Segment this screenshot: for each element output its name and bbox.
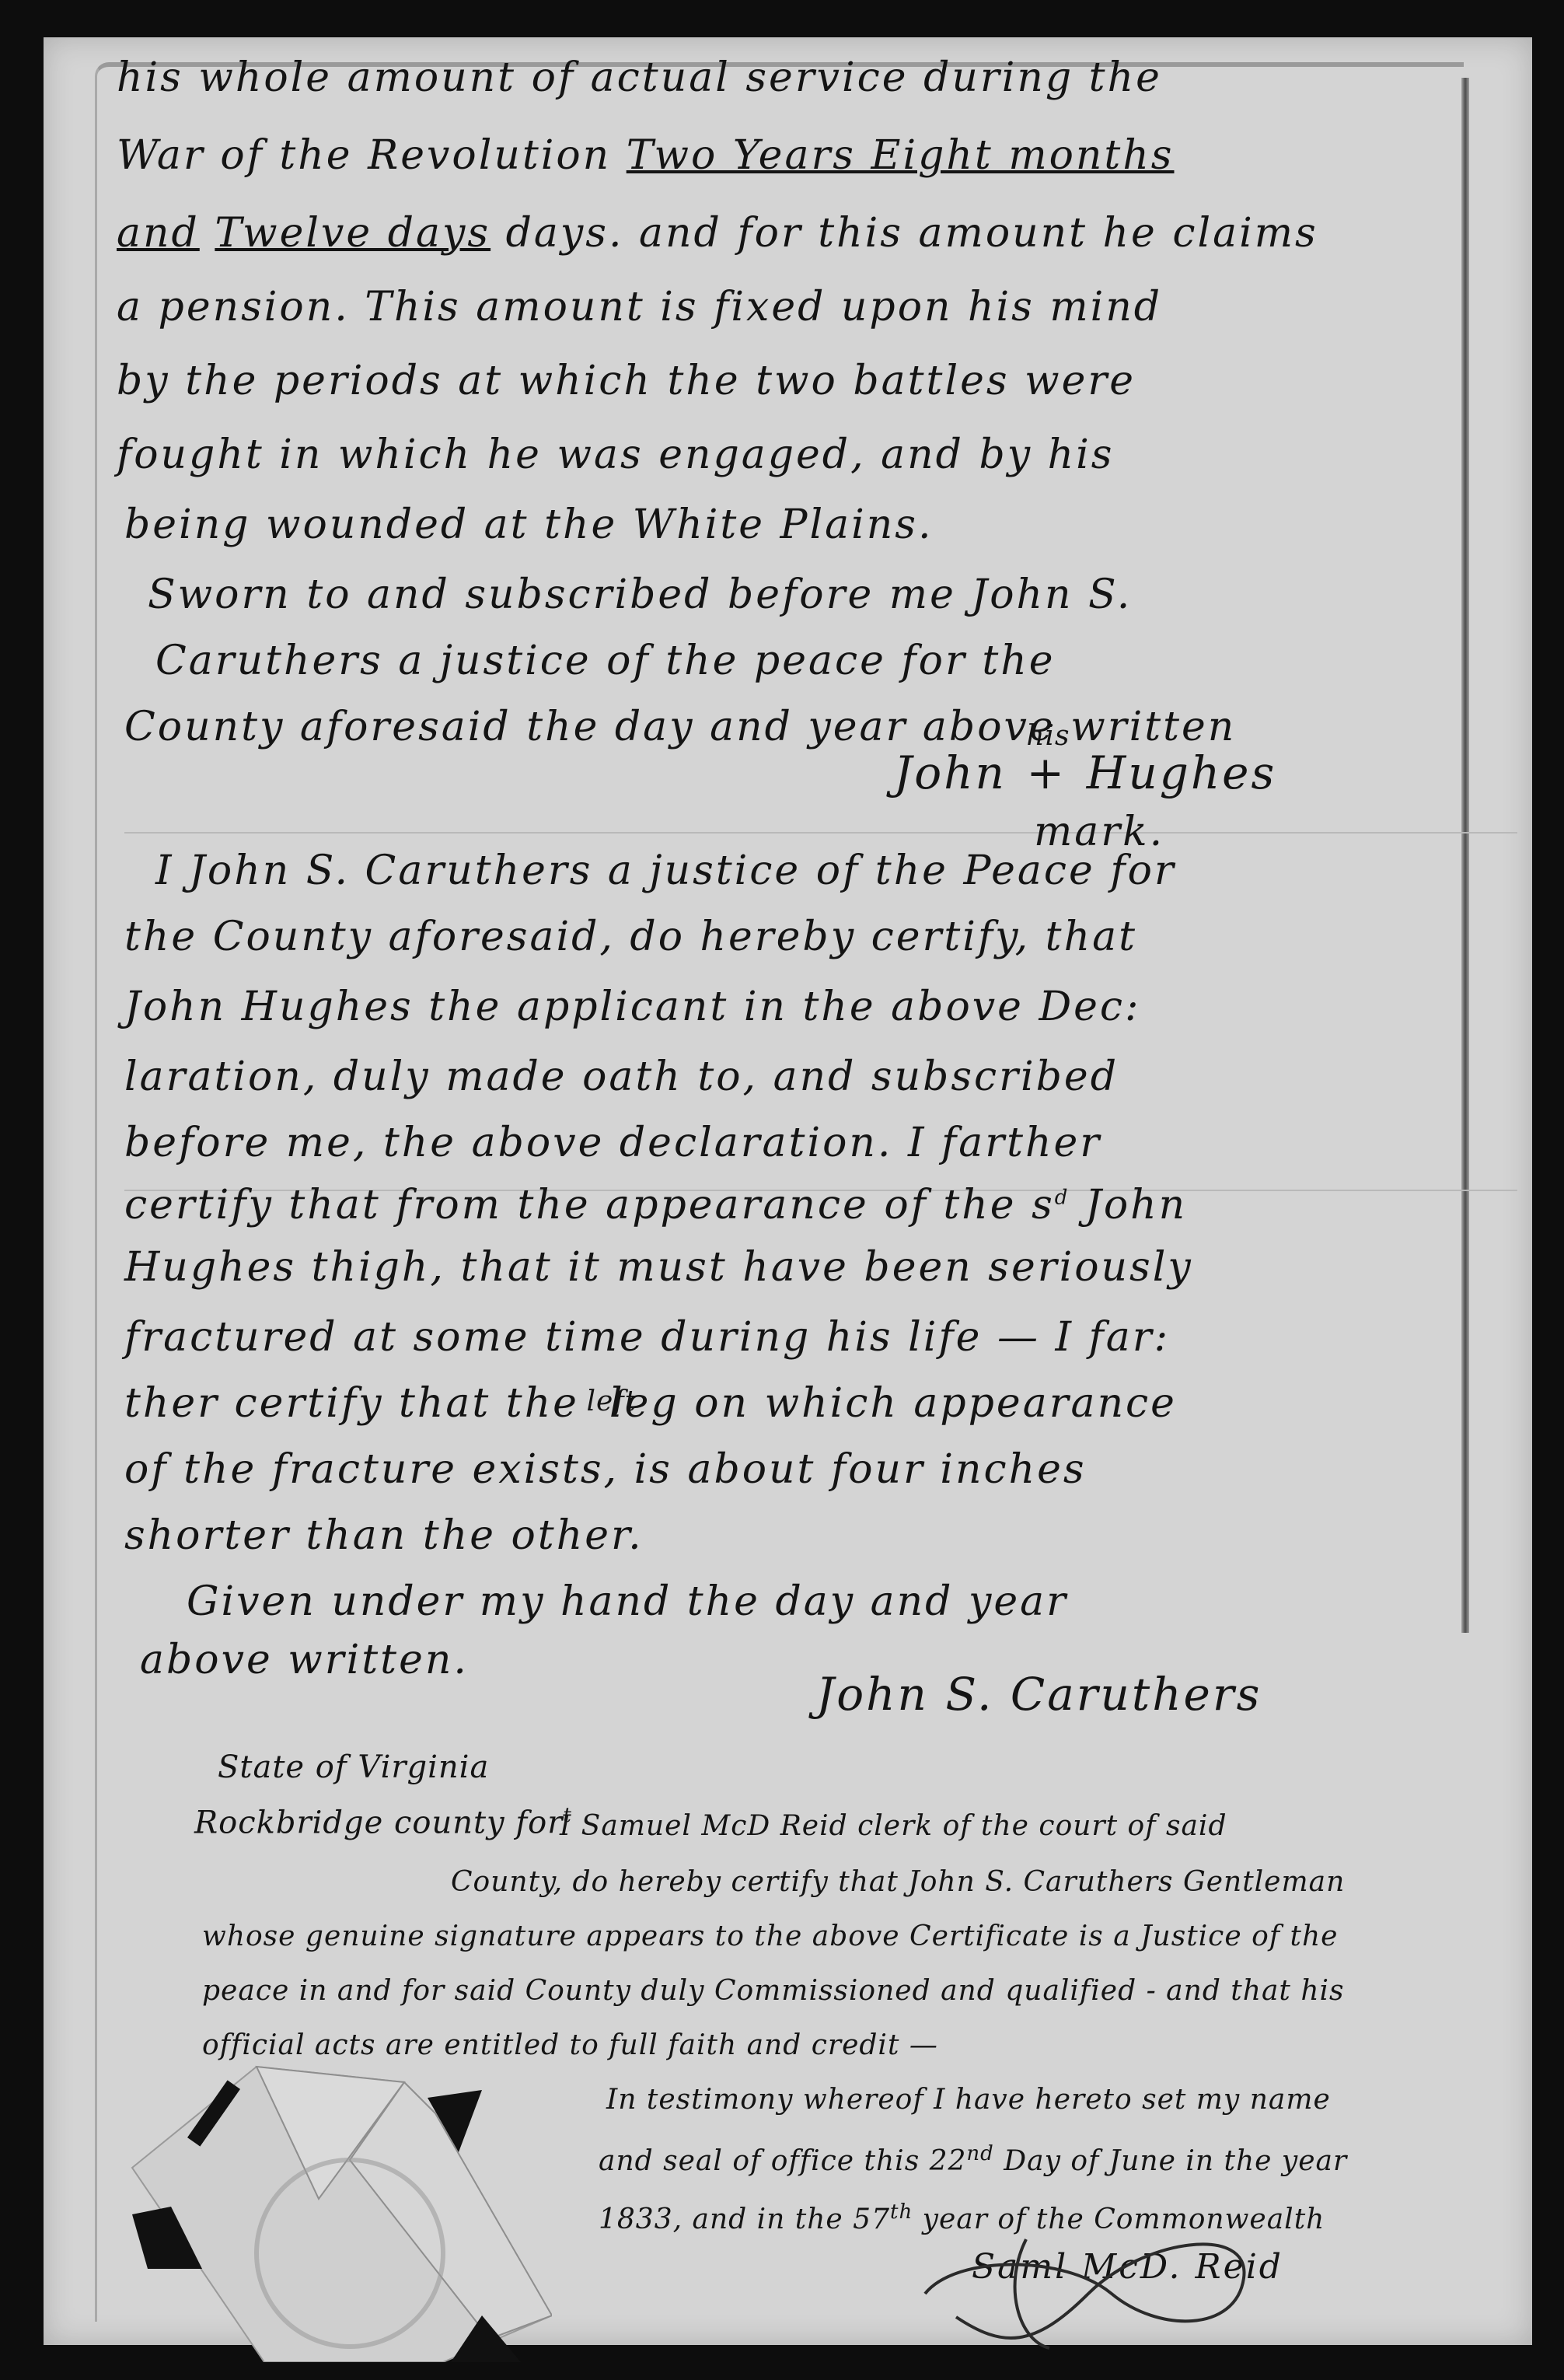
signature-flourish-icon [909, 2224, 1267, 2356]
text-line: I Samuel McD Reid clerk of the court of … [560, 1810, 1227, 1842]
text-line: being wounded at the White Plains. [124, 502, 934, 548]
text-line: by the periods at which the two battles … [117, 358, 1136, 404]
text-line: of the fracture exists, is about four in… [124, 1446, 1087, 1493]
service-days-underlined: Twelve days [215, 210, 490, 257]
text-line: fought in which he was engaged, and by h… [117, 432, 1114, 478]
service-years-underlined: Two Years Eight months [627, 132, 1175, 179]
text-line: his whole amount of actual service durin… [117, 54, 1162, 101]
mark-cross-icon: + [1027, 746, 1067, 799]
text-line: and Twelve days days. and for this amoun… [117, 210, 1318, 257]
text-line: laration, duly made oath to, and subscri… [124, 1054, 1119, 1100]
text-line: a pension. This amount is fixed upon his… [117, 284, 1162, 330]
text-line: shorter than the other. [124, 1512, 644, 1559]
text-line: peace in and for said County duly Commis… [202, 1975, 1345, 2007]
text-line: John Hughes the applicant in the above D… [124, 984, 1141, 1030]
text-line: ther certify that the left leg on which … [124, 1380, 1177, 1427]
text-line: the County aforesaid, do hereby certify,… [124, 914, 1137, 960]
text-line: Sworn to and subscribed before me John S… [148, 571, 1132, 618]
text-line: certify that from the appearance of the … [124, 1182, 1187, 1228]
county-heading: Rockbridge county fort [194, 1804, 572, 1840]
applicant-mark-signature: John his + Hughes [894, 746, 1276, 799]
text-line: County, do hereby certify that John S. C… [451, 1866, 1345, 1898]
text-line: whose genuine signature appears to the a… [202, 1920, 1339, 1952]
text-line: Hughes thigh, that it must have been ser… [124, 1244, 1193, 1291]
text-line: Given under my hand the day and year [187, 1578, 1068, 1625]
text-line: and seal of office this 22nd Day of June… [599, 2142, 1347, 2177]
text-line: fractured at some time during his life —… [124, 1314, 1170, 1361]
text-line: In testimony whereof I have hereto set m… [606, 2084, 1331, 2116]
paper-crease [124, 832, 1517, 834]
text-line: above written. [140, 1637, 469, 1683]
paper-seal-icon [117, 2036, 552, 2362]
text-line: before me, the above declaration. I fart… [124, 1120, 1101, 1166]
text-line: I John S. Caruthers a justice of the Pea… [155, 848, 1176, 894]
insertion-left: left [587, 1386, 637, 1417]
text-line: Caruthers a justice of the peace for the [155, 638, 1056, 684]
state-heading: State of Virginia [218, 1749, 489, 1785]
justice-signature: John S. Caruthers [816, 1668, 1262, 1721]
text-line: War of the Revolution Two Years Eight mo… [117, 132, 1175, 179]
page-fold-shadow [1461, 78, 1469, 1633]
